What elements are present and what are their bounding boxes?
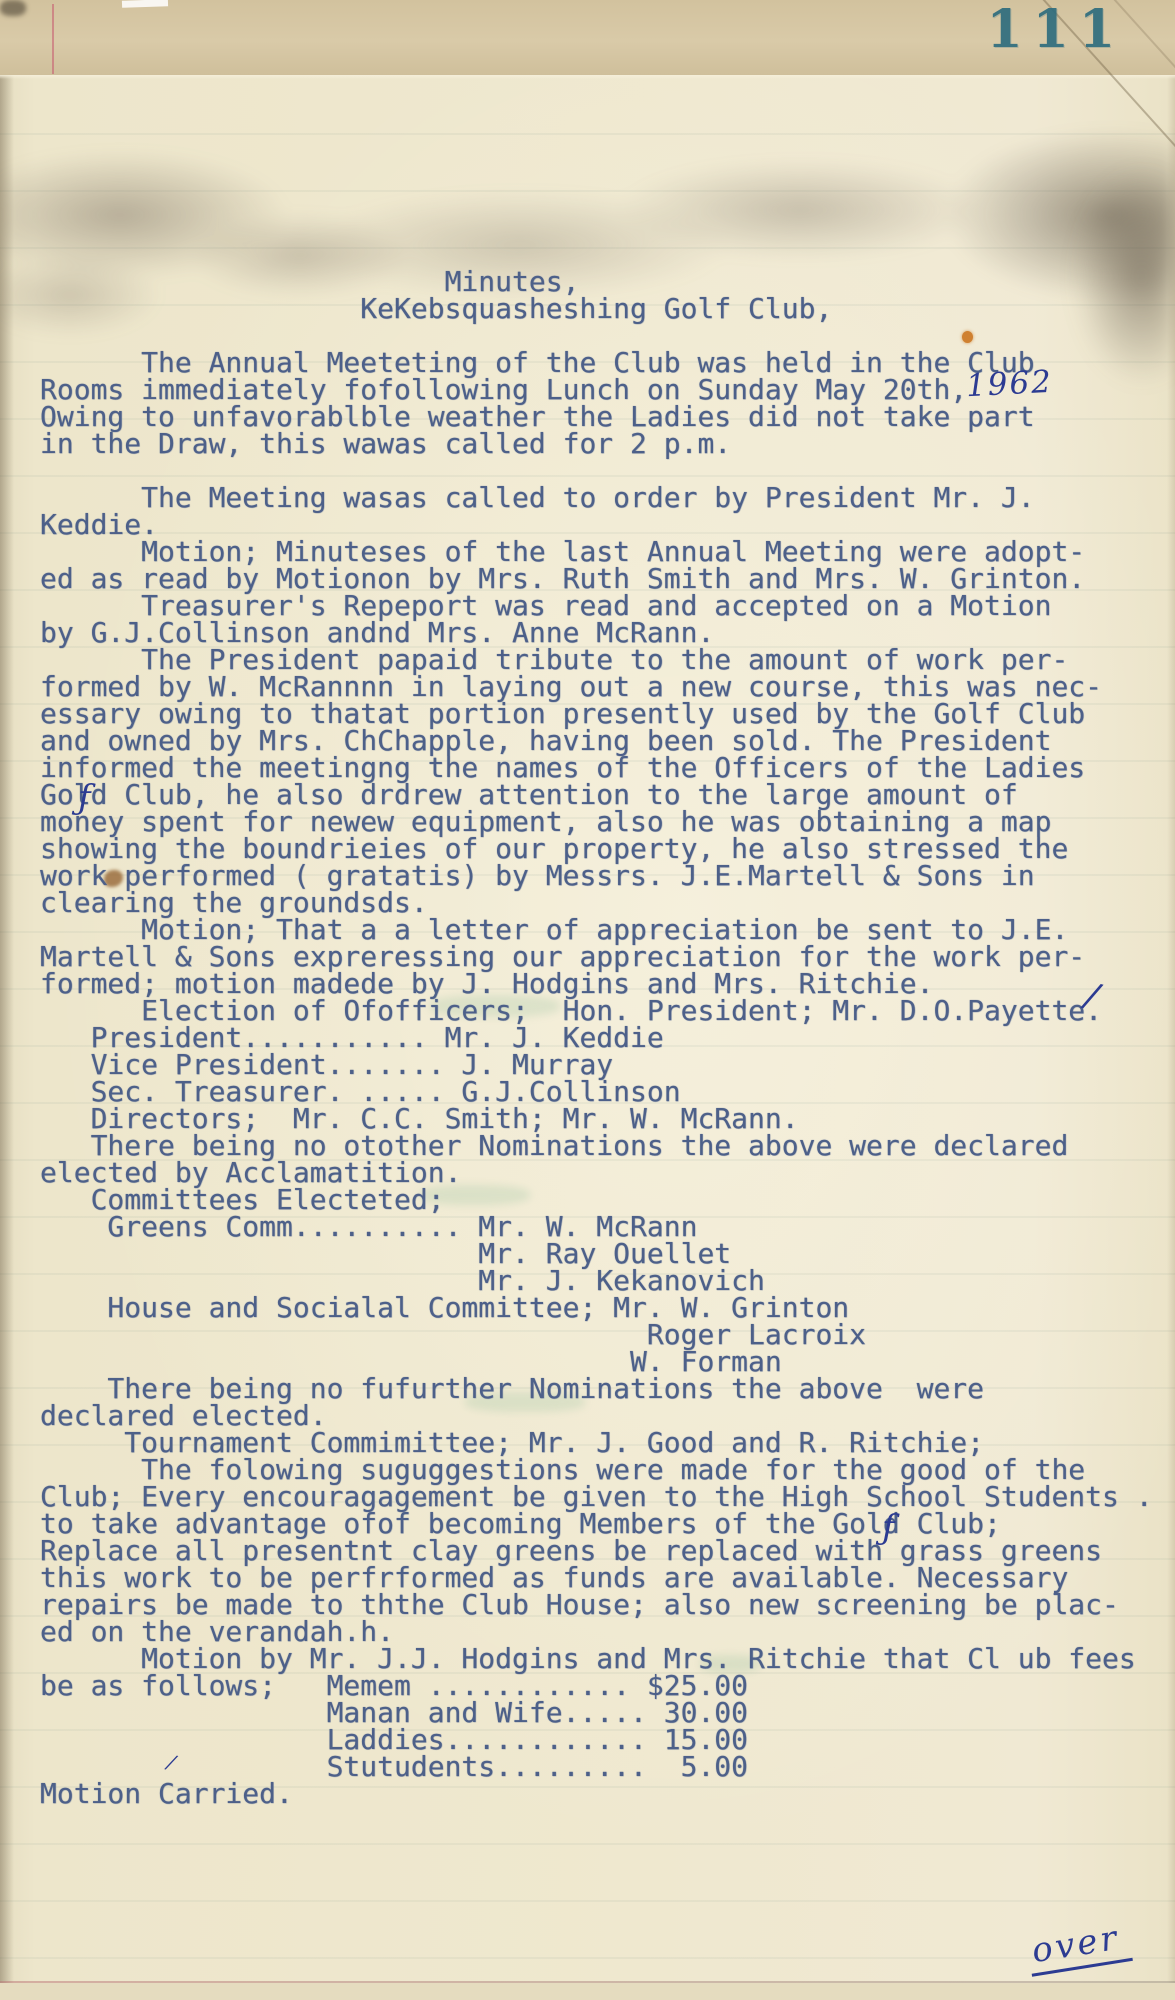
bottom-page-edge xyxy=(0,1983,1175,2000)
document-line: Election of Ofofficers; Hon. President; … xyxy=(40,997,1153,1024)
document-line: by G.J.Collinson andnd Mrs. Anne McRann. xyxy=(40,619,1153,646)
document-line: Treasurer's Repeport was read and accept… xyxy=(40,592,1153,619)
document-line: The President papaid tribute to the amou… xyxy=(40,646,1153,673)
document-line xyxy=(40,322,1153,349)
document-line: The folowing suguggestions were made for… xyxy=(40,1456,1153,1483)
document-line: declared elected. xyxy=(40,1402,1153,1429)
document-line: repairs be made to ththe Club House; als… xyxy=(40,1591,1153,1618)
document-line: Committees Electeted; xyxy=(40,1186,1153,1213)
document-line: There being no fufurther Nominations the… xyxy=(40,1375,1153,1402)
document-line: ed as read by Motionon by Mrs. Ruth Smit… xyxy=(40,565,1153,592)
document-line: Manan and Wife..... 30.00 xyxy=(40,1699,1153,1726)
document-line: Martell & Sons expreressing our apprecia… xyxy=(40,943,1153,970)
document-line: Mr. J. Kekanovich xyxy=(40,1267,1153,1294)
document-line: Directors; Mr. C.C. Smith; Mr. W. McRann… xyxy=(40,1105,1153,1132)
document-line: formed by W. McRannnn in laying out a ne… xyxy=(40,673,1153,700)
bottom-rule-line xyxy=(0,1981,1175,1983)
document-line: money spent for newew equipment, also he… xyxy=(40,808,1153,835)
document-line: essary owing to thatat portion presently… xyxy=(40,700,1153,727)
document-line: in the Draw, this wawas called for 2 p.m… xyxy=(40,430,1153,457)
document-line: formed; motion madede by J. Hodgins and … xyxy=(40,970,1153,997)
document-line: work performed ( gratatis) by Messrs. J.… xyxy=(40,862,1153,889)
page-number-stamp: 111 xyxy=(986,4,1125,56)
document-lines: Minutes, KeKebsquasheshing Golf Club, Th… xyxy=(40,268,1153,1807)
document-line: Motion Carried. xyxy=(40,1780,1153,1807)
document-line: ed on the verandah.h. xyxy=(40,1618,1153,1645)
document-line: elected by Acclamatition. xyxy=(40,1159,1153,1186)
document-line: Roger Lacroix xyxy=(40,1321,1153,1348)
handwritten-year: 1962 xyxy=(965,364,1054,404)
document-line: W. Forman xyxy=(40,1348,1153,1375)
document-line: There being no otother Nominations the a… xyxy=(40,1132,1153,1159)
document-line: The Meeting wasas called to order by Pre… xyxy=(40,484,1153,511)
document-line: Sec. Treasurer. ..... G.J.Collinson xyxy=(40,1078,1153,1105)
document-line: Laddies............ 15.00 xyxy=(40,1726,1153,1753)
document-line: informed the meetingng the names of the … xyxy=(40,754,1153,781)
top-left-smudge xyxy=(0,0,26,16)
document-line: Keddie. xyxy=(40,511,1153,538)
handwritten-gold-correction: ƒ xyxy=(78,778,91,818)
document-line: Replace all presentnt clay greens be rep… xyxy=(40,1537,1153,1564)
document-line: clearing the groundsds. xyxy=(40,889,1153,916)
document-line: Vice President....... J. Murray xyxy=(40,1051,1153,1078)
document-line: Owing to unfavorablble weather the Ladie… xyxy=(40,403,1153,430)
document-line: Stutudents......... 5.00 xyxy=(40,1753,1153,1780)
document-line: Minutes, xyxy=(40,268,1153,295)
document-line: this work to be perfrformed as funds are… xyxy=(40,1564,1153,1591)
document-line: to take advantage ofof becoming Members … xyxy=(40,1510,1153,1537)
document-line: Tournament Commimittee; Mr. J. Good and … xyxy=(40,1429,1153,1456)
document-line: Motion; Minuteses of the last Annual Mee… xyxy=(40,538,1153,565)
document-line: Gold Club, he also drdrew attention to t… xyxy=(40,781,1153,808)
document-line: showing the boundrieies of our property,… xyxy=(40,835,1153,862)
document-line xyxy=(40,457,1153,484)
document-line: Club; Every encouragagement be given to … xyxy=(40,1483,1153,1510)
document-line: Motion by Mr. J.J. Hodgins and Mrs. Ritc… xyxy=(40,1645,1153,1672)
document-line: Greens Comm.......... Mr. W. McRann xyxy=(40,1213,1153,1240)
document-line: Motion; That a a letter of appreciation … xyxy=(40,916,1153,943)
document-line: House and Socialal Committee; Mr. W. Gri… xyxy=(40,1294,1153,1321)
document-line: President........... Mr. J. Keddie xyxy=(40,1024,1153,1051)
document-line: be as follows; Memem ............ $25.00 xyxy=(40,1672,1153,1699)
handwritten-gold-correction: ƒ xyxy=(882,1508,895,1548)
document-line: Mr. Ray Ouellet xyxy=(40,1240,1153,1267)
document-line: and owned by Mrs. ChChapple, having been… xyxy=(40,727,1153,754)
red-margin-line xyxy=(52,4,54,74)
document-line: KeKebsquasheshing Golf Club, xyxy=(40,295,1153,322)
